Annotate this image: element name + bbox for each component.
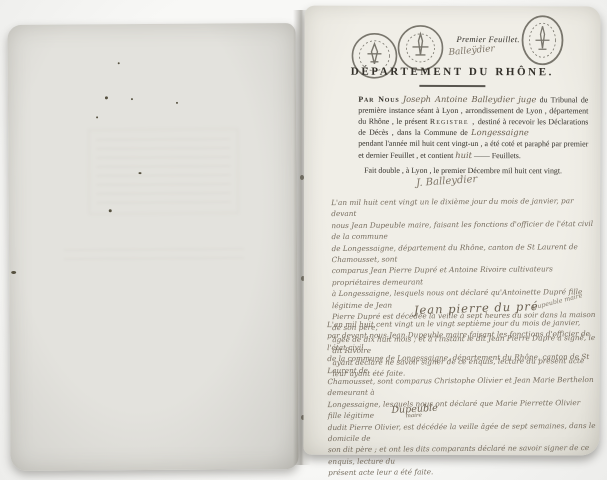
entry-line: Longessaigne, lesquels nous ont déclaré …: [328, 397, 596, 422]
official-stamp-icon: [519, 14, 565, 66]
sheet-count-handwritten: huit: [455, 150, 472, 160]
ink-speck: [11, 271, 16, 274]
commune-name-handwritten: Longessaigne: [471, 127, 529, 137]
judge-signature: J. Balleydier: [416, 174, 478, 189]
ink-speck: [176, 102, 178, 104]
register-notice: Par Nous Joseph Antoine Balleydier juge …: [358, 94, 588, 162]
mayor-signature: Dupeuble maire: [391, 403, 438, 420]
left-page: [7, 23, 298, 471]
judge-paraph-top: Balleÿdier: [448, 44, 495, 58]
entry-line: son dit père ; et ont les dits comparant…: [328, 442, 596, 467]
ink-speck: [138, 172, 141, 174]
entry-line: présent acte leur a été faite.: [328, 465, 596, 479]
premier-feuillet-label: Premier Feuillet.: [456, 34, 519, 44]
notice-body: —— Feuillets.: [474, 151, 521, 160]
entry-line: L'an mil huit cent vingt un le dixième j…: [331, 195, 599, 220]
ink-speck: [96, 116, 98, 118]
document-scan: Premier Feuillet. Balleÿdier DÉPARTEMENT…: [0, 0, 607, 480]
entry-line: de Longessaigne, département du Rhône, c…: [331, 241, 599, 266]
ink-speck: [109, 209, 112, 212]
right-page: Premier Feuillet. Balleÿdier DÉPARTEMENT…: [303, 6, 600, 456]
notice-lead: Par Nous: [358, 95, 399, 104]
entry-line: Chamousset, sont comparus Christophe Oli…: [327, 374, 595, 399]
ink-speck: [118, 62, 120, 64]
ink-speck: [105, 96, 108, 99]
page-title: DÉPARTEMENT DU RHÔNE.: [304, 66, 600, 79]
entry-line: dudit Pierre Olivier, est décédée la vei…: [328, 420, 596, 445]
entry-line: nous Jean Dupeuble maire, faisant les fo…: [331, 218, 599, 243]
ink-speck: [131, 98, 133, 100]
ink-bleedthrough-strip: [64, 248, 244, 261]
entry-line: comparus Jean Pierre Dupré et Antoine Ri…: [332, 263, 600, 288]
registre-word: Registre ,: [430, 117, 475, 126]
official-stamp-icon: [396, 24, 444, 72]
entry-line: par devant nous Jean Dupeuble maire fais…: [327, 328, 595, 353]
title-rule: [419, 85, 485, 87]
death-act-entry-2: L'an mil huit cent vingt un le vingt sep…: [327, 317, 596, 479]
ink-bleedthrough-lines: [96, 138, 230, 205]
judge-name-handwritten: Joseph Antoine Balleydier juge: [403, 94, 537, 104]
entry-line: de la commune de Longessaigne, départeme…: [327, 351, 595, 376]
